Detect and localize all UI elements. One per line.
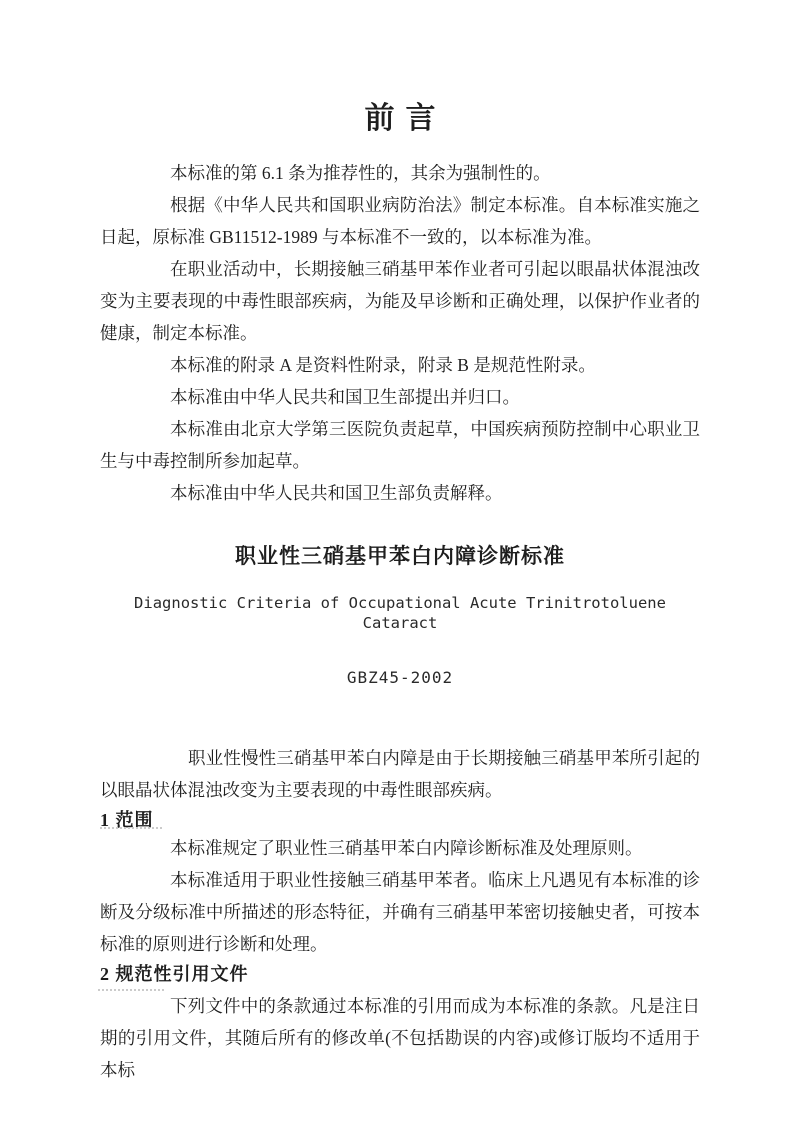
foreword-paragraph: 本标准的附录 A 是资料性附录，附录 B 是规范性附录。 (100, 349, 700, 381)
standard-title-en: Diagnostic Criteria of Occupational Acut… (100, 593, 700, 633)
foreword-title: 前言 (100, 101, 700, 137)
standard-title-zh: 职业性三硝基甲苯白内障诊断标准 (100, 543, 700, 569)
foreword-paragraph: 本标准由中华人民共和国卫生部提出并归口。 (100, 381, 700, 413)
section-paragraph: 下列文件中的条款通过本标准的引用而成为本标准的条款。凡是注日期的引用文件，其随后… (100, 990, 700, 1086)
foreword-paragraph: 本标准由北京大学第三医院负责起草，中国疾病预防控制中心职业卫生与中毒控制所参加起… (100, 413, 700, 477)
scan-artifact-dots (98, 989, 164, 991)
foreword-paragraph: 在职业活动中，长期接触三硝基甲苯作业者可引起以眼晶状体混浊改变为主要表现的中毒性… (100, 253, 700, 349)
section-heading-scope: 1 范围 (100, 808, 700, 832)
document-page: 前言 本标准的第 6.1 条为推荐性的，其余为强制性的。 根据《中华人民共和国职… (0, 0, 800, 1133)
section-heading-normative-references: 2 规范性引用文件 (100, 962, 700, 986)
scan-artifact-dots (100, 827, 162, 829)
foreword-paragraph: 本标准的第 6.1 条为推荐性的，其余为强制性的。 (100, 157, 700, 189)
standard-intro-paragraph: 职业性慢性三硝基甲苯白内障是由于长期接触三硝基甲苯所引起的以眼晶状体混浊改变为主… (100, 742, 700, 806)
section-paragraph: 本标准规定了职业性三硝基甲苯白内障诊断标准及处理原则。 (100, 832, 700, 864)
standard-code: GBZ45-2002 (100, 668, 700, 688)
foreword-paragraph: 根据《中华人民共和国职业病防治法》制定本标准。自本标准实施之日起，原标准 GB1… (100, 189, 700, 253)
foreword-paragraph: 本标准由中华人民共和国卫生部负责解释。 (100, 477, 700, 509)
section-paragraph: 本标准适用于职业性接触三硝基甲苯者。临床上凡遇见有本标准的诊断及分级标准中所描述… (100, 864, 700, 960)
